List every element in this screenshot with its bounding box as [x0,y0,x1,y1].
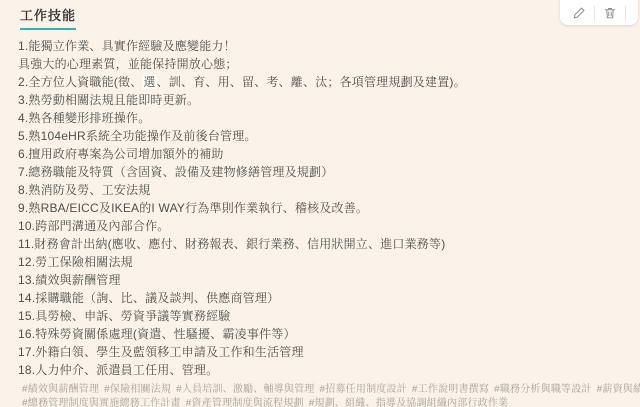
delete-button[interactable] [595,4,625,22]
skill-line: 6.擅用政府專案為公司增加額外的補助 [18,145,628,163]
hashtag-row: #績效與薪酬管理#保險相關法規#人員培訓、激勵、輔導與管理#招募任用制度設計#工… [22,383,628,397]
skill-line: 15.具勞檢、申訴、勞資爭議等實務經驗 [18,307,628,325]
hashtag: #薪資與績效獎酬辦法設計 [597,384,640,395]
hashtag: #資產管理制度與流程規劃 [186,398,304,407]
section-toolbar [560,0,638,25]
skill-line: 7.總務職能及特質（含固資、設備及建物修繕管理及規劃） [18,163,628,181]
edit-button[interactable] [564,4,594,22]
skill-line: 4.熟各種變形排班操作。 [18,109,628,127]
skill-line: 12.勞工保險相關法規 [18,253,628,271]
hashtag: #人員培訓、激勵、輔導與管理 [176,384,314,395]
hashtag: #規劃、組織、指導及協調組織內部行政作業 [309,398,509,407]
hashtag: #招募任用制度設計 [320,384,407,395]
trash-icon [603,6,617,20]
skill-line: 11.財務會計出納(應收、應付、財務報表、銀行業務、信用狀開立、進口業務等) [18,235,628,253]
pencil-icon [572,6,586,20]
hashtag: #績效與薪酬管理 [22,384,99,395]
hashtag: #工作說明書撰寫 [412,384,489,395]
hashtag-list: #績效與薪酬管理#保險相關法規#人員培訓、激勵、輔導與管理#招募任用制度設計#工… [22,383,628,407]
toolbar-divider [625,6,626,21]
skill-line: 2.全方位人資職能(徵、選、訓、育、用、留、考、離、汰；各項管理規劃及建置)。 [18,73,628,91]
skill-line: 13.績效與薪酬管理 [18,271,628,289]
skill-line: 14.採購職能（詢、比、議及談判、供應商管理） [18,289,628,307]
skill-line: 18.人力仲介、派遣員工任用、管理。 [18,361,628,379]
work-skills-section: 工作技能 1.能獨立作業、具實作經驗及應變能力！ 具強大的心理素質，並能保持開放… [0,0,640,407]
hashtag-row: #總務管理制度與實施總務工作計畫#資產管理制度與流程規劃#規劃、組織、指導及協調… [22,397,628,407]
skill-line: 17.外籍白領、學生及藍領移工申請及工作和生活管理 [18,343,628,361]
section-title: 工作技能 [20,8,76,30]
hashtag: #總務管理制度與實施總務工作計畫 [22,398,181,407]
hashtag: #保險相關法規 [104,384,171,395]
hashtag: #職務分析與職等設計 [494,384,592,395]
skill-line: 10.跨部門溝通及內部合作。 [18,217,628,235]
skill-line: 9.熟RBA/EICC及IKEA的I WAY行為準則作業執行、稽核及改善。 [18,199,628,217]
skill-line: 3.熟勞動相關法規且能即時更新。 [18,91,628,109]
skill-line: 具強大的心理素質，並能保持開放心態； [18,55,628,73]
skill-line: 5.熟104eHR系統全功能操作及前後台管理。 [18,127,628,145]
skill-list: 1.能獨立作業、具實作經驗及應變能力！ 具強大的心理素質，並能保持開放心態； 2… [18,37,628,379]
skill-line: 16.特殊勞資關係處理(資遣、性騷擾、霸凌事件等） [18,325,628,343]
skill-line: 8.熟消防及勞、工安法規 [18,181,628,199]
highlighted-text: 選 [142,75,156,89]
skill-line: 1.能獨立作業、具實作經驗及應變能力！ [18,37,628,55]
